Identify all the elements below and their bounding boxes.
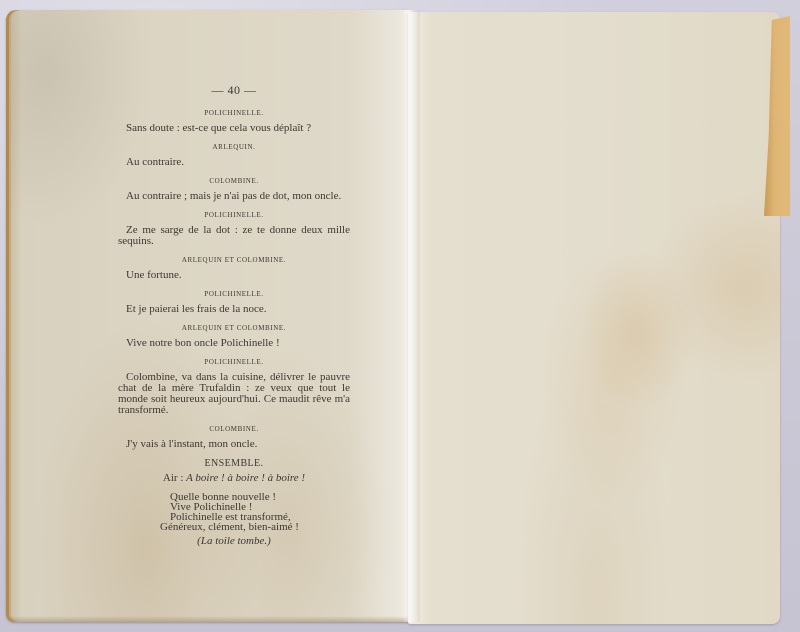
speaker-name: POLICHINELLE. bbox=[118, 357, 350, 368]
dialogue-line: Ze me sarge de la dot : ze te donne deux… bbox=[118, 225, 350, 247]
dialogue-line: Au contraire. bbox=[118, 157, 350, 168]
speaker-name: POLICHINELLE. bbox=[118, 210, 350, 221]
book-gutter bbox=[402, 10, 420, 622]
page-text: — 40 — POLICHINELLE. Sans doute : est-ce… bbox=[118, 85, 350, 547]
song-verse: Quelle bonne nouvelle ! Vive Polichinell… bbox=[118, 492, 350, 532]
stage-direction: (La toile tombe.) bbox=[118, 536, 350, 547]
dialogue-line: Au contraire ; mais je n'ai pas de dot, … bbox=[118, 191, 350, 202]
speaker-name: COLOMBINE. bbox=[118, 176, 350, 187]
left-page: — 40 — POLICHINELLE. Sans doute : est-ce… bbox=[6, 10, 410, 622]
ensemble-heading: ENSEMBLE. bbox=[118, 458, 350, 469]
speaker-name: ARLEQUIN ET COLOMBINE. bbox=[118, 255, 350, 266]
dialogue-line: J'y vais à l'instant, mon oncle. bbox=[118, 439, 350, 450]
speaker-name: ARLEQUIN ET COLOMBINE. bbox=[118, 323, 350, 334]
dialogue-line: Une fortune. bbox=[118, 270, 350, 281]
open-book: — 40 — POLICHINELLE. Sans doute : est-ce… bbox=[4, 6, 792, 624]
speaker-name: POLICHINELLE. bbox=[118, 289, 350, 300]
dialogue-line: Et je paierai les frais de la noce. bbox=[118, 304, 350, 315]
air-label: Air : bbox=[163, 472, 183, 484]
paper-fold-tab bbox=[764, 16, 790, 216]
air-tune: A boire ! à boire ! à boire ! bbox=[186, 472, 305, 484]
right-page-blank bbox=[408, 12, 780, 624]
speaker-name: COLOMBINE. bbox=[118, 424, 350, 435]
speaker-name: POLICHINELLE. bbox=[118, 108, 350, 119]
dialogue-line: Sans doute : est-ce que cela vous déplaî… bbox=[118, 123, 350, 134]
speaker-name: ARLEQUIN. bbox=[118, 142, 350, 153]
verse-line: Généreux, clément, bien-aimé ! bbox=[160, 522, 350, 532]
dialogue-block: POLICHINELLE. Sans doute : est-ce que ce… bbox=[118, 108, 350, 450]
dialogue-line: Vive notre bon oncle Polichinelle ! bbox=[118, 338, 350, 349]
air-line: Air : A boire ! à boire ! à boire ! bbox=[118, 473, 350, 484]
dialogue-line: Colombine, va dans la cuisine, délivrer … bbox=[118, 372, 350, 416]
page-number: — 40 — bbox=[118, 85, 350, 96]
